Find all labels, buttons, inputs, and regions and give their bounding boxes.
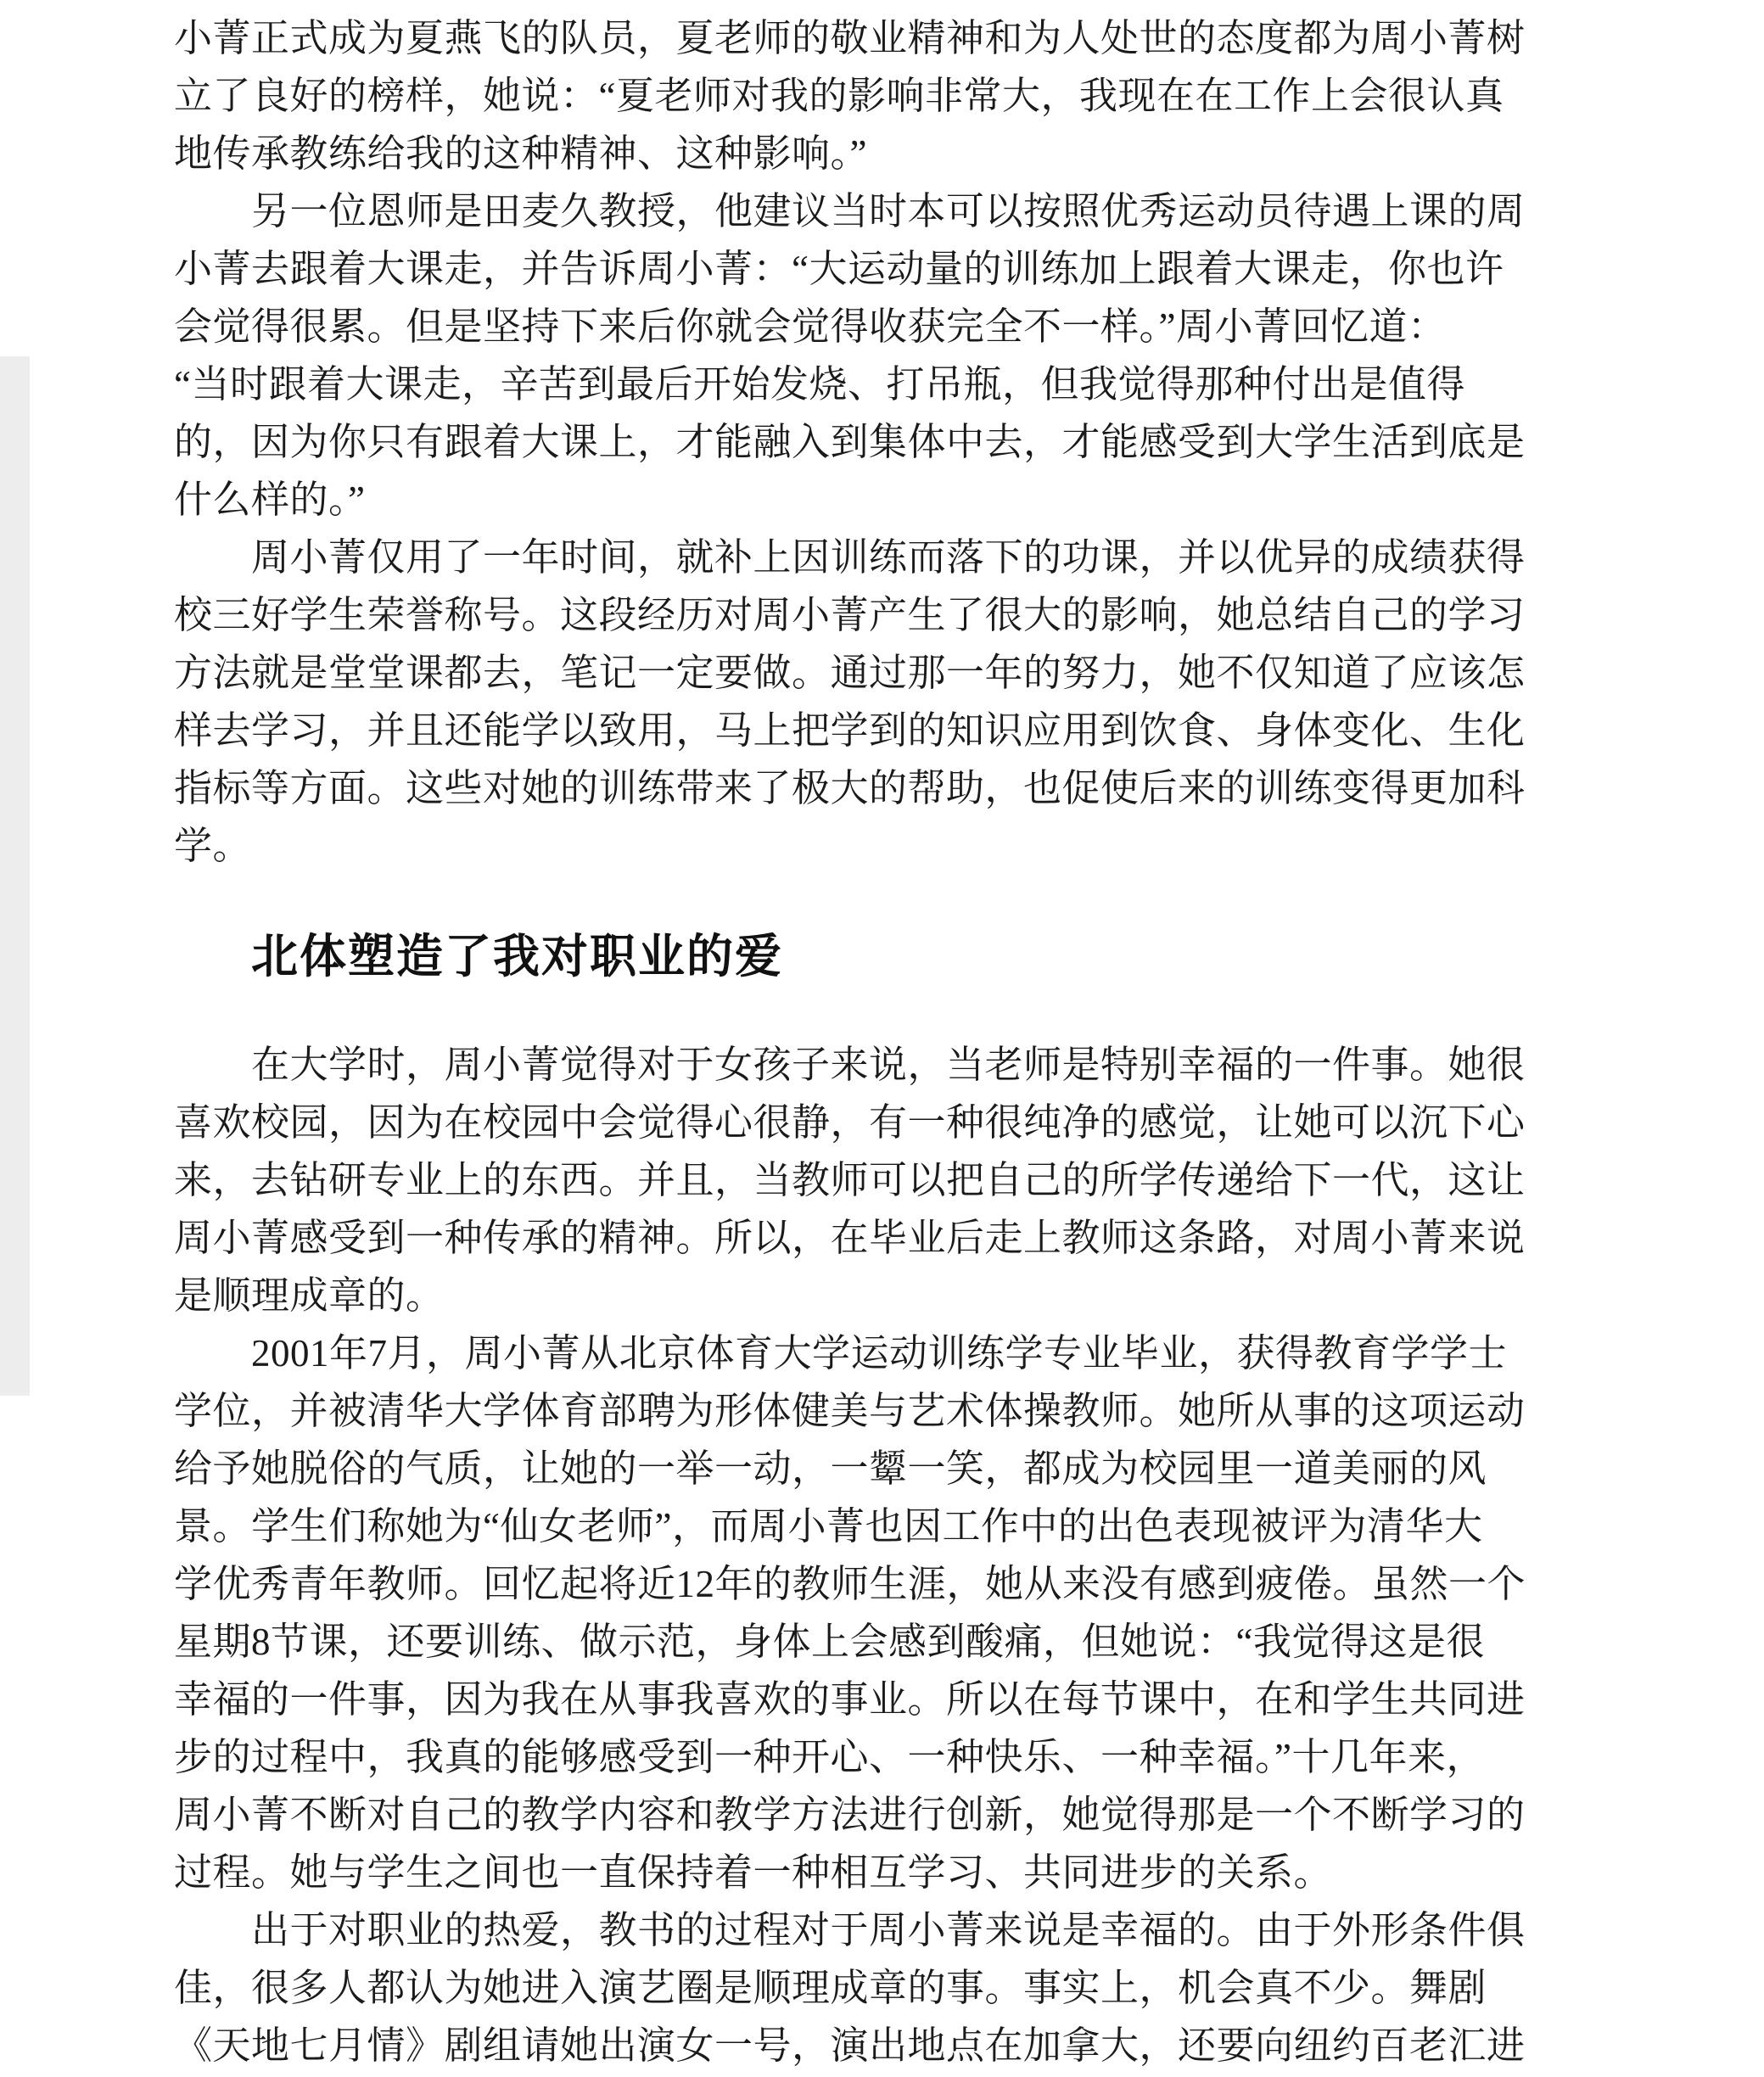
- text-line: 过程。她与学生之间也一直保持着一种相互学习、共同进步的关系。: [174, 1844, 1532, 1901]
- text-line: 指标等方面。这些对她的训练带来了极大的帮助，也促使后来的训练变得更加科: [174, 759, 1532, 817]
- text-line: 小菁去跟着大课走，并告诉周小菁：“大运动量的训练加上跟着大课走，你也许: [174, 240, 1532, 298]
- text-line: 方法就是堂堂课都去，笔记一定要做。通过那一年的努力，她不仅知道了应该怎: [174, 644, 1532, 702]
- page-text-block: 小菁正式成为夏燕飞的队员，夏老师的敬业精神和为人处世的态度都为周小菁树立了良好的…: [174, 9, 1532, 2074]
- text-line: 学。: [174, 817, 1532, 875]
- text-line: 是顺理成章的。: [174, 1267, 1532, 1324]
- text-line: 学优秀青年教师。回忆起将近12年的教师生涯，她从来没有感到疲倦。虽然一个: [174, 1555, 1532, 1613]
- text-line: 星期8节课，还要训练、做示范，身体上会感到酸痛，但她说：“我觉得这是很: [174, 1613, 1532, 1671]
- text-line: 样去学习，并且还能学以致用，马上把学到的知识应用到饮食、身体变化、生化: [174, 702, 1532, 759]
- book-page: 小菁正式成为夏燕飞的队员，夏老师的敬业精神和为人处世的态度都为周小菁树立了良好的…: [0, 0, 1764, 2077]
- text-line: “当时跟着大课走，辛苦到最后开始发烧、打吊瓶，但我觉得那种付出是值得: [174, 355, 1532, 413]
- text-line: 学位，并被清华大学体育部聘为形体健美与艺术体操教师。她所从事的这项运动: [174, 1382, 1532, 1440]
- text-line: 来，去钻研专业上的东西。并且，当教师可以把自己的所学传递给下一代，这让: [174, 1151, 1532, 1209]
- text-line: 地传承教练给我的这种精神、这种影响。”: [174, 125, 1532, 182]
- text-line: 周小菁感受到一种传承的精神。所以，在毕业后走上教师这条路，对周小菁来说: [174, 1209, 1532, 1267]
- text-line: 2001年7月，周小菁从北京体育大学运动训练学专业毕业，获得教育学学士: [174, 1324, 1532, 1382]
- text-line: 周小菁不断对自己的教学内容和教学方法进行创新，她觉得那是一个不断学习的: [174, 1786, 1532, 1844]
- text-line: 喜欢校园，因为在校园中会觉得心很静，有一种很纯净的感觉，让她可以沉下心: [174, 1094, 1532, 1151]
- text-line: 校三好学生荣誉称号。这段经历对周小菁产生了很大的影响，她总结自己的学习: [174, 586, 1532, 644]
- text-line: 周小菁仅用了一年时间，就补上因训练而落下的功课，并以优异的成绩获得: [174, 529, 1532, 586]
- text-line: 给予她脱俗的气质，让她的一举一动，一颦一笑，都成为校园里一道美丽的风: [174, 1440, 1532, 1498]
- text-line: 的，因为你只有跟着大课上，才能融入到集体中去，才能感受到大学生活到底是: [174, 413, 1532, 471]
- section-heading: 北体塑造了我对职业的爱: [174, 925, 1532, 988]
- text-line: 幸福的一件事，因为我在从事我喜欢的事业。所以在每节课中，在和学生共同进: [174, 1671, 1532, 1728]
- text-line: 步的过程中，我真的能够感受到一种开心、一种快乐、一种幸福。”十几年来，: [174, 1728, 1532, 1786]
- text-line: 立了良好的榜样，她说：“夏老师对我的影响非常大，我现在在工作上会很认真: [174, 67, 1532, 125]
- text-line: 另一位恩师是田麦久教授，他建议当时本可以按照优秀运动员待遇上课的周: [174, 182, 1532, 240]
- text-line: 出于对职业的热爱，教书的过程对于周小菁来说是幸福的。由于外形条件俱: [174, 1901, 1532, 1959]
- text-line: 什么样的。”: [174, 471, 1532, 529]
- text-line: 佳，很多人都认为她进入演艺圈是顺理成章的事。事实上，机会真不少。舞剧: [174, 1959, 1532, 2017]
- text-line: 在大学时，周小菁觉得对于女孩子来说，当老师是特别幸福的一件事。她很: [174, 1036, 1532, 1094]
- text-line: 会觉得很累。但是坚持下来后你就会觉得收获完全不一样。”周小菁回忆道：: [174, 298, 1532, 355]
- text-line: 景。学生们称她为“仙女老师”，而周小菁也因工作中的出色表现被评为清华大: [174, 1498, 1532, 1555]
- page-edge-shadow: [0, 356, 30, 1396]
- text-line: 小菁正式成为夏燕飞的队员，夏老师的敬业精神和为人处世的态度都为周小菁树: [174, 9, 1532, 67]
- text-line: 《天地七月情》剧组请她出演女一号，演出地点在加拿大，还要向纽约百老汇进: [174, 2017, 1532, 2074]
